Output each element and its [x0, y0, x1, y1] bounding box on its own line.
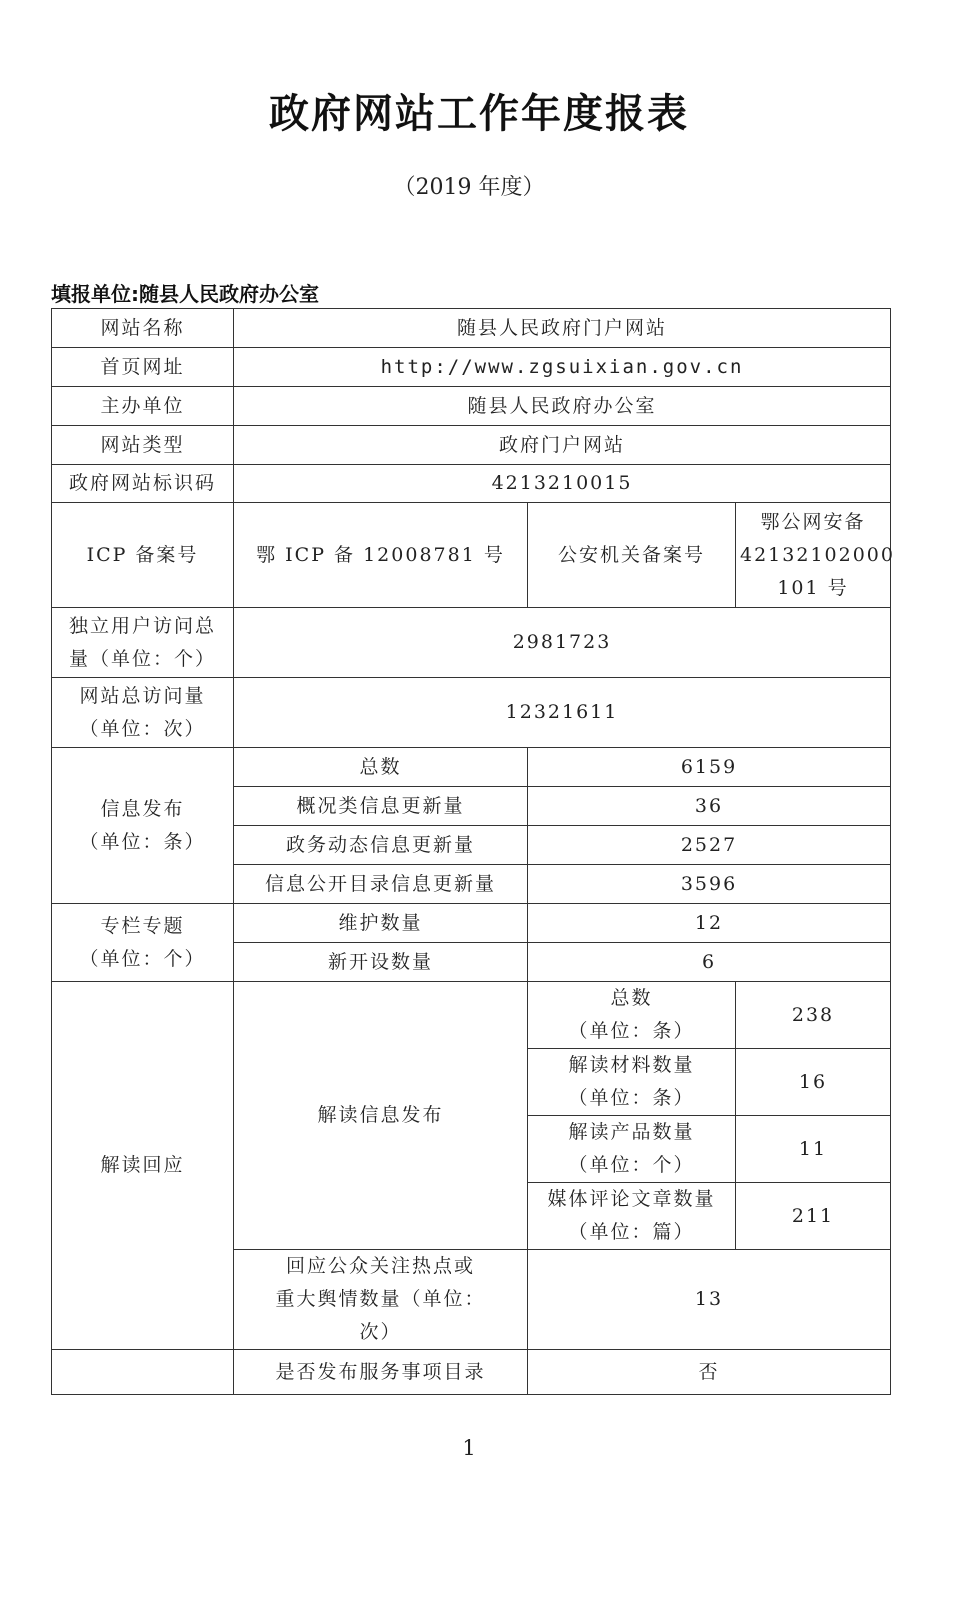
- table-row: 专栏专题 （单位：个） 维护数量 12: [52, 904, 891, 943]
- police-record-label: 公安机关备案号: [528, 503, 736, 608]
- site-code-value: 4213210015: [234, 465, 891, 503]
- disclosure-catalog-label: 信息公开目录信息更新量: [234, 865, 528, 904]
- sponsor-label: 主办单位: [52, 387, 234, 426]
- sponsor-value: 随县人民政府办公室: [234, 387, 891, 426]
- public-response-value: 13: [528, 1250, 891, 1350]
- disclosure-catalog-value: 3596: [528, 865, 891, 904]
- total-visits-label: 网站总访问量 （单位：次）: [52, 678, 234, 748]
- service-catalog-value: 否: [528, 1350, 891, 1395]
- product-count-value: 11: [736, 1116, 891, 1183]
- site-code-label: 政府网站标识码: [52, 465, 234, 503]
- icp-value: 鄂 ICP 备 12008781 号: [234, 503, 528, 608]
- info-release-total-label: 总数: [234, 748, 528, 787]
- table-row: 首页网址 http://www.zgsuixian.gov.cn: [52, 348, 891, 387]
- table-row: 解读回应 解读信息发布 总数 （单位：条） 238: [52, 982, 891, 1049]
- service-catalog-label: 是否发布服务事项目录: [234, 1350, 528, 1395]
- maintained-count-value: 12: [528, 904, 891, 943]
- table-row: 网站名称 随县人民政府门户网站: [52, 309, 891, 348]
- table-row: 主办单位 随县人民政府办公室: [52, 387, 891, 426]
- interpretation-total-label: 总数 （单位：条）: [528, 982, 736, 1049]
- media-article-value: 211: [736, 1183, 891, 1250]
- table-row: 网站类型 政府门户网站: [52, 426, 891, 465]
- info-release-label: 信息发布 （单位：条）: [52, 748, 234, 904]
- total-visits-value: 12321611: [234, 678, 891, 748]
- site-type-value: 政府门户网站: [234, 426, 891, 465]
- public-response-label: 回应公众关注热点或 重大舆情数量（单位： 次）: [234, 1250, 528, 1350]
- interpretation-label: 解读回应: [52, 982, 234, 1350]
- overview-info-value: 36: [528, 787, 891, 826]
- gov-news-value: 2527: [528, 826, 891, 865]
- unique-visitors-label: 独立用户访问总 量（单位：个）: [52, 608, 234, 678]
- gov-news-label: 政务动态信息更新量: [234, 826, 528, 865]
- new-count-label: 新开设数量: [234, 943, 528, 982]
- table-row: ICP 备案号 鄂 ICP 备 12008781 号 公安机关备案号 鄂公网安备…: [52, 503, 891, 608]
- site-type-label: 网站类型: [52, 426, 234, 465]
- filer-unit: 填报单位:随县人民政府办公室: [51, 278, 319, 307]
- report-table: 网站名称 随县人民政府门户网站 首页网址 http://www.zgsuixia…: [51, 308, 891, 1395]
- overview-info-label: 概况类信息更新量: [234, 787, 528, 826]
- material-count-label: 解读材料数量 （单位：条）: [528, 1049, 736, 1116]
- unique-visitors-value: 2981723: [234, 608, 891, 678]
- homepage-url-value: http://www.zgsuixian.gov.cn: [234, 348, 891, 387]
- site-name-value: 随县人民政府门户网站: [234, 309, 891, 348]
- table-row: 信息发布 （单位：条） 总数 6159: [52, 748, 891, 787]
- new-count-value: 6: [528, 943, 891, 982]
- document-title: 政府网站工作年度报表: [0, 82, 958, 139]
- police-record-value: 鄂公网安备 42132102000 101 号: [736, 503, 891, 608]
- columns-topics-label: 专栏专题 （单位：个）: [52, 904, 234, 982]
- interpretation-total-value: 238: [736, 982, 891, 1049]
- material-count-value: 16: [736, 1049, 891, 1116]
- table-row: 是否发布服务事项目录 否: [52, 1350, 891, 1395]
- homepage-url-label: 首页网址: [52, 348, 234, 387]
- filer-value: 随县人民政府办公室: [139, 282, 319, 306]
- empty-cell: [52, 1350, 234, 1395]
- page-number: 1: [0, 1436, 938, 1460]
- filer-label: 填报单位:: [51, 282, 139, 306]
- media-article-label: 媒体评论文章数量 （单位：篇）: [528, 1183, 736, 1250]
- icp-label: ICP 备案号: [52, 503, 234, 608]
- site-name-label: 网站名称: [52, 309, 234, 348]
- info-release-total-value: 6159: [528, 748, 891, 787]
- table-row: 网站总访问量 （单位：次） 12321611: [52, 678, 891, 748]
- document-subtitle: （2019 年度）: [0, 170, 938, 201]
- table-row: 政府网站标识码 4213210015: [52, 465, 891, 503]
- product-count-label: 解读产品数量 （单位：个）: [528, 1116, 736, 1183]
- maintained-count-label: 维护数量: [234, 904, 528, 943]
- interpretation-release-label: 解读信息发布: [234, 982, 528, 1250]
- table-row: 独立用户访问总 量（单位：个） 2981723: [52, 608, 891, 678]
